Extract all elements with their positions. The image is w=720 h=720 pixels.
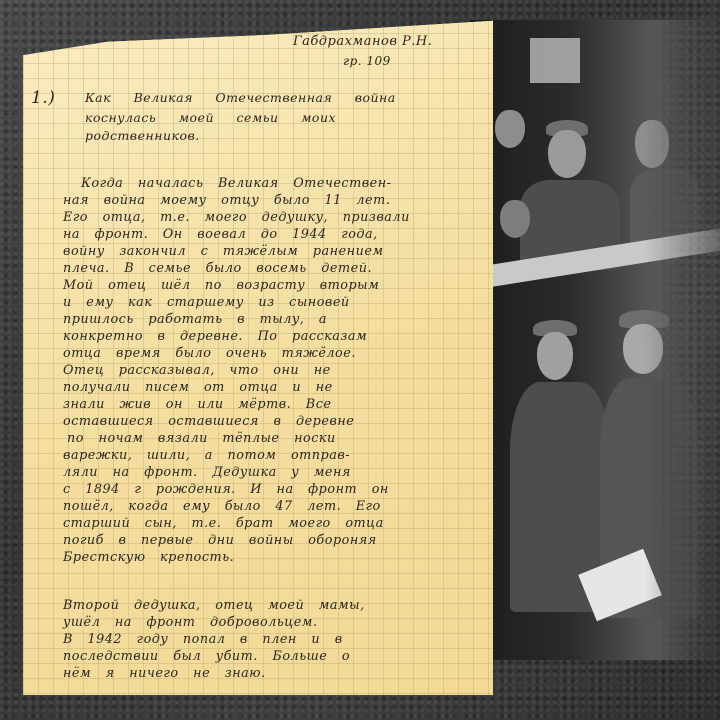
question-line: коснулась моей семьи моих (85, 110, 336, 125)
handwritten-letter: Габдрахманов Р.Н. гр. 109 1.) Как Велика… (23, 18, 493, 695)
body-line: В 1942 году попал в плен и в (63, 632, 343, 647)
body-line: войну закончил с тяжёлым ранением (63, 244, 384, 259)
body-line: последствии был убит. Больше о (63, 649, 350, 664)
body-line: Мой отец шёл по возрасту вторым (63, 278, 379, 293)
body-line: пришлось работать в тылу, а (63, 312, 327, 327)
body-line: пошёл, когда ему было 47 лет. Его (63, 499, 381, 514)
body-line: получали писем от отца и не (63, 380, 333, 395)
body-line: на фронт. Он воевал до 1944 года, (63, 227, 378, 242)
body-line: по ночам вязали тёплые носки (67, 431, 336, 446)
body-line: погиб в первые дни войны обороняя (63, 533, 377, 548)
body-line: варежки, шили, а потом отправ- (63, 448, 350, 463)
photo-wall-panel (530, 38, 580, 83)
body-line: Его отца, т.е. моего дедушку, призвали (63, 210, 410, 225)
body-line: Отец рассказывал, что они не (63, 363, 331, 378)
question-line: родственников. (85, 128, 200, 143)
body-line: ная война моему отцу было 11 лет. (63, 193, 390, 208)
body-line: Когда началась Великая Отечествен- (81, 176, 392, 191)
body-line: плеча. В семье было восемь детей. (63, 261, 372, 276)
body-line: и ему как старшему из сыновей (63, 295, 350, 310)
body-line: Второй дедушка, отец моей мамы, (63, 598, 365, 613)
body-line: знали жив он или мёртв. Все (63, 397, 331, 412)
body-line: оставшиеся оставшиеся в деревне (63, 414, 354, 429)
body-line: ляли на фронт. Дедушка у меня (63, 465, 351, 480)
author-name: Габдрахманов Р.Н. (293, 34, 432, 49)
body-line: отца время было очень тяжёлое. (63, 346, 356, 361)
body-line: Брестскую крепость. (63, 550, 234, 565)
group-number: гр. 109 (343, 54, 391, 68)
question-number: 1.) (31, 88, 55, 108)
wwii-soldiers-photo (470, 20, 720, 660)
body-line: ушёл на фронт добровольцем. (63, 615, 317, 630)
body-line: с 1894 г рождения. И на фронт он (63, 482, 389, 497)
body-line: нём я ничего не знаю. (63, 666, 266, 681)
body-line: конкретно в деревне. По рассказам (63, 329, 367, 344)
question-line: Как Великая Отечественная война (85, 90, 396, 105)
body-line: старший сын, т.е. брат моего отца (63, 516, 384, 531)
